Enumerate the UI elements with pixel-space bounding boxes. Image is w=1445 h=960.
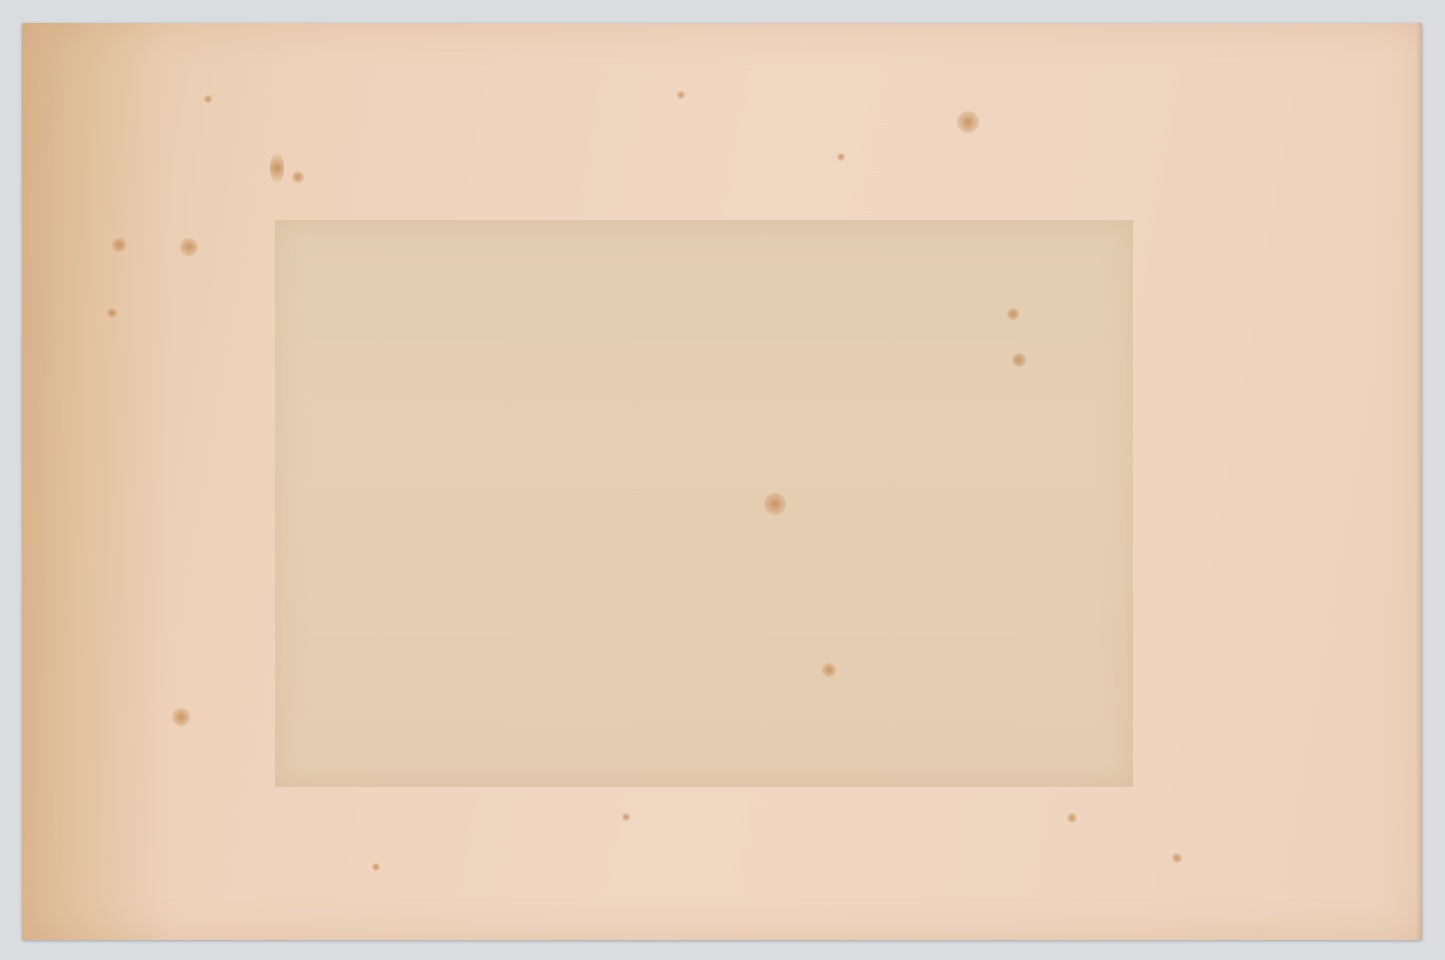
foxing-spot xyxy=(204,95,212,103)
foxing-spot xyxy=(677,91,685,99)
foxing-spot xyxy=(270,153,284,183)
plate-mark-area xyxy=(275,220,1133,787)
edge-discoloration xyxy=(22,23,172,940)
foxing-spot xyxy=(1012,353,1026,367)
foxing-spot xyxy=(957,111,979,133)
foxing-spot xyxy=(1067,813,1077,823)
foxing-spot xyxy=(107,308,117,318)
foxing-spot xyxy=(180,238,198,256)
foxing-spot xyxy=(1007,308,1019,320)
paper-sheet xyxy=(22,23,1422,940)
foxing-spot xyxy=(837,153,845,161)
foxing-spot xyxy=(112,238,126,252)
deckled-right-edge xyxy=(1416,23,1422,940)
foxing-spot xyxy=(292,171,304,183)
foxing-spot xyxy=(1172,853,1182,863)
foxing-spot xyxy=(764,493,786,515)
foxing-spot xyxy=(172,708,190,726)
foxing-spot xyxy=(822,663,836,677)
foxing-spot xyxy=(372,863,380,871)
foxing-spot xyxy=(622,813,630,821)
